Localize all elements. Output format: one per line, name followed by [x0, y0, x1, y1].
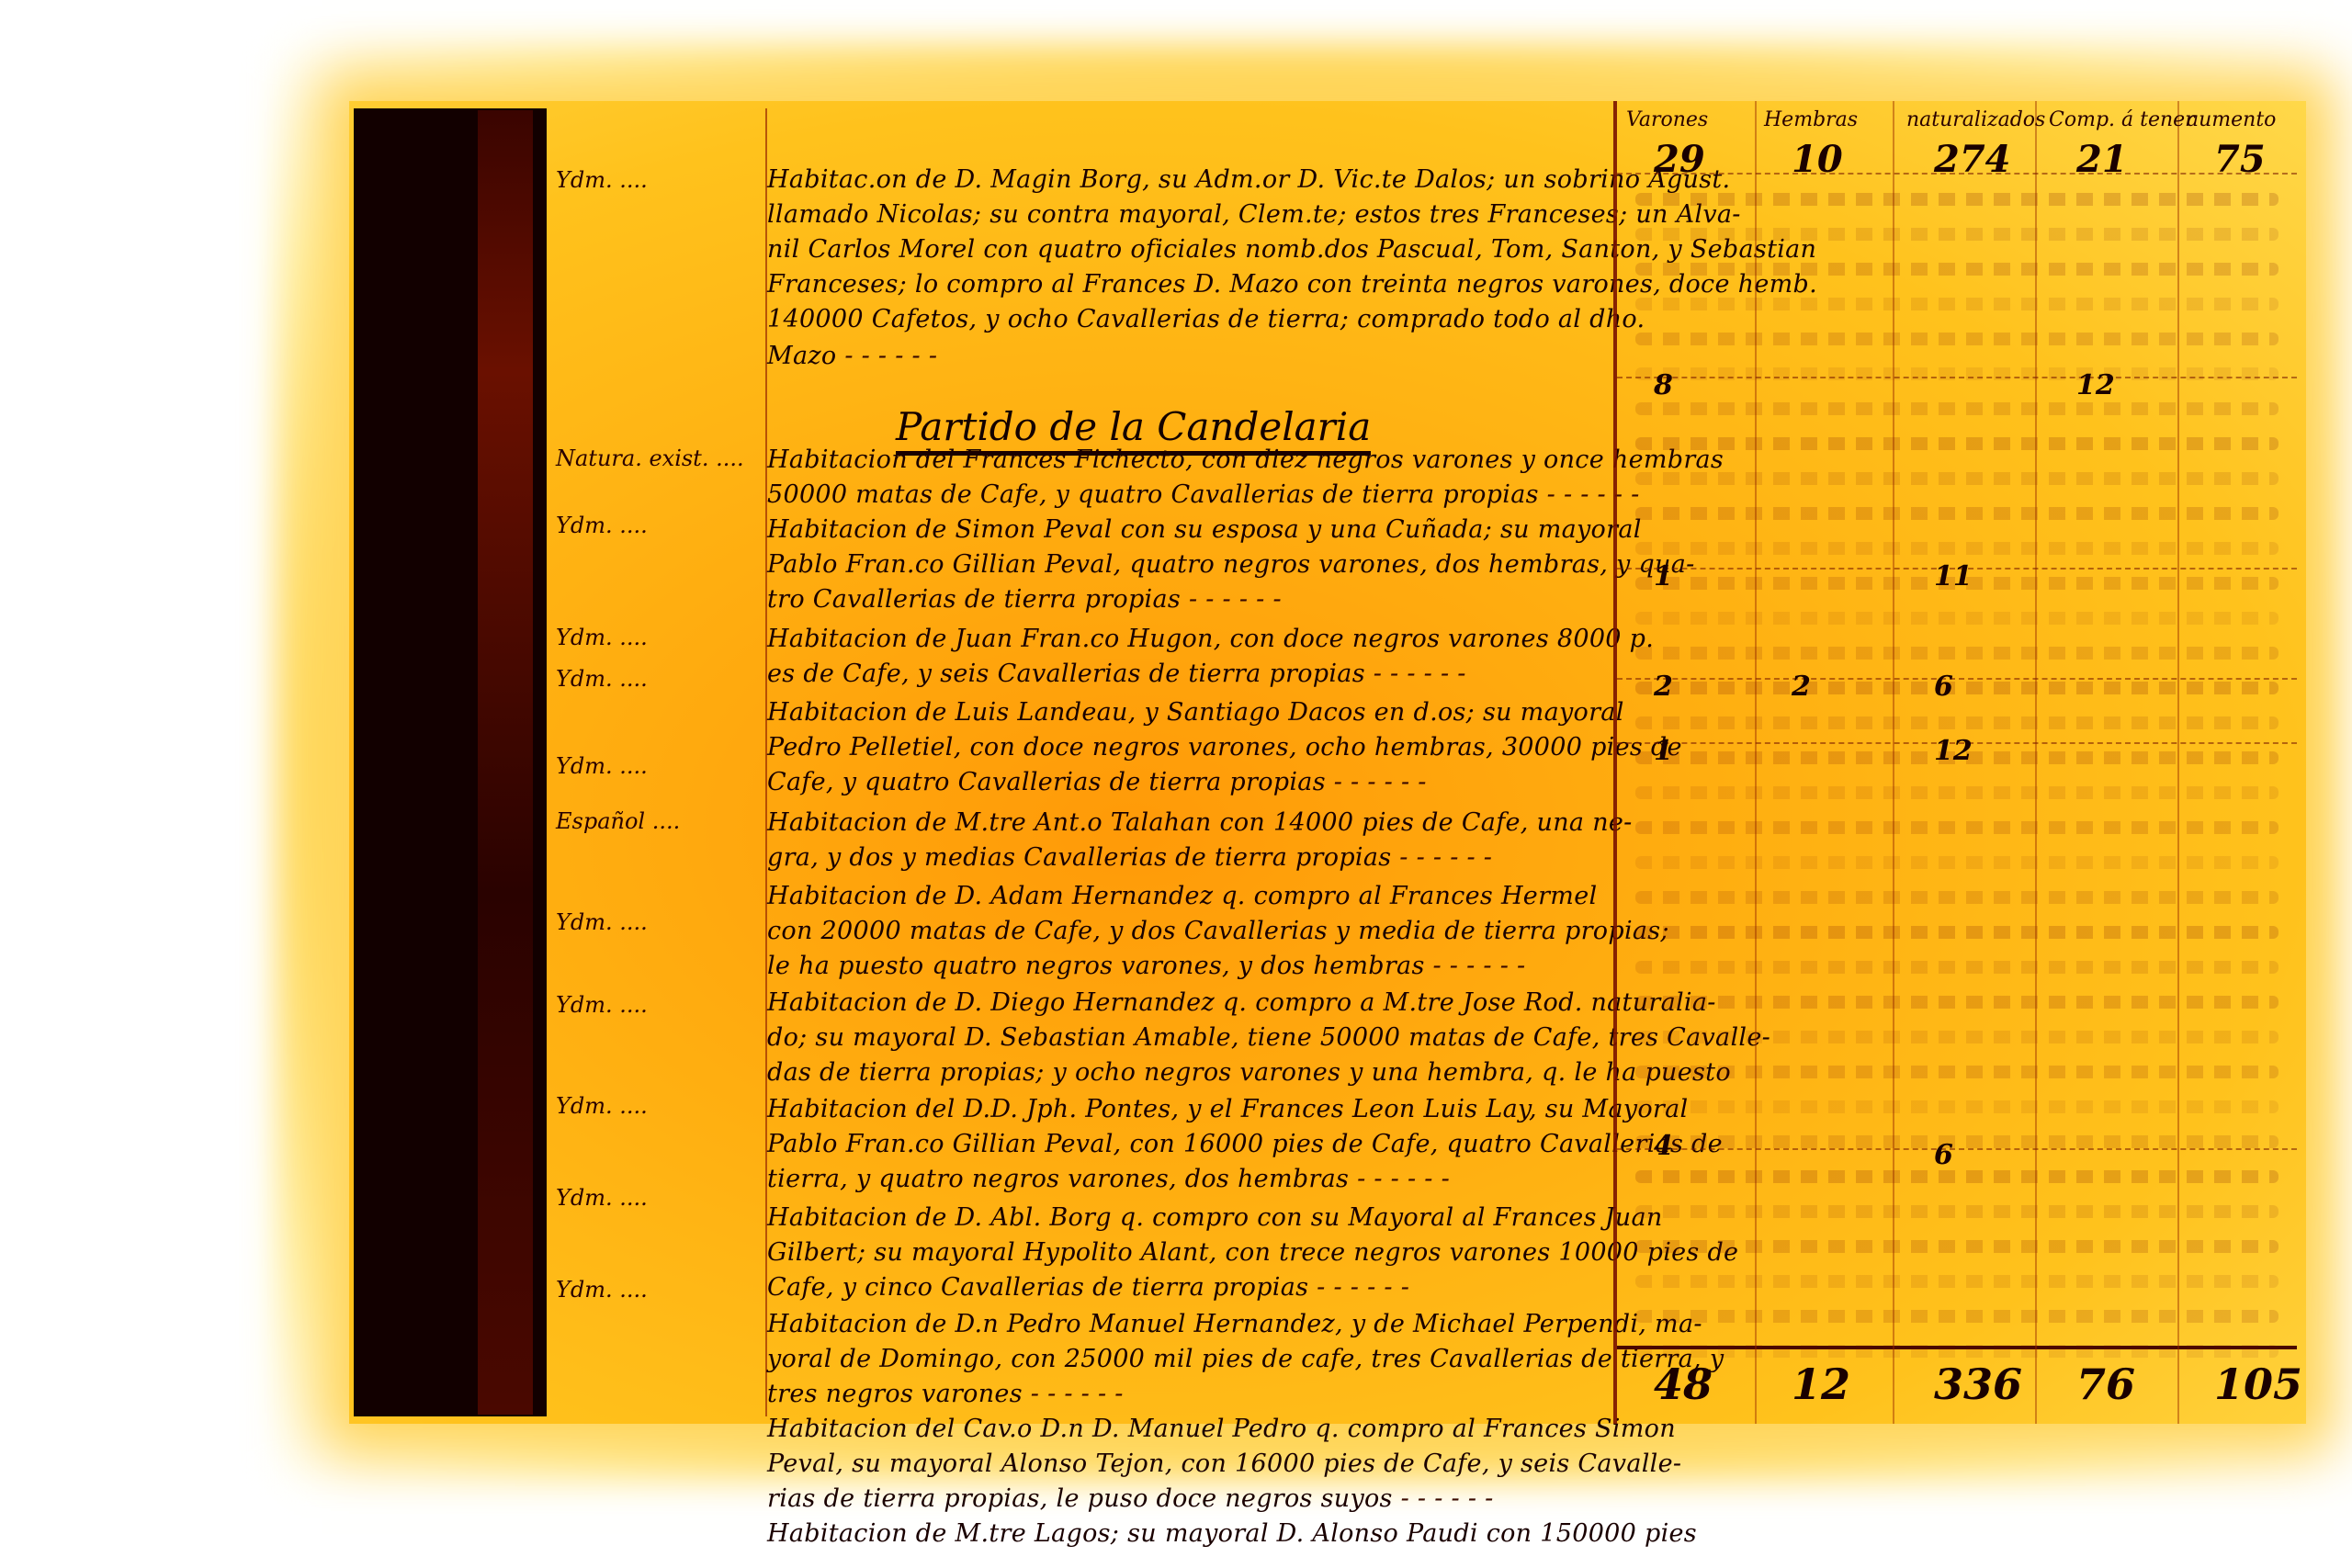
- margin-note: Ydm. ....: [556, 666, 648, 692]
- bleed-through-ink: [1635, 472, 2278, 485]
- ledger-entry-value: 2: [1654, 671, 1673, 703]
- entry-line: Habitac.on de D. Magin Borg, su Adm.or D…: [767, 165, 1730, 194]
- bleed-through-ink: [1635, 542, 2278, 555]
- bleed-through-ink: [1635, 716, 2278, 729]
- ledger-entry-value: 1: [1654, 560, 1673, 592]
- ledger-entry-value: 8: [1654, 369, 1673, 401]
- ledger-first-row-value: 21: [2076, 138, 2128, 181]
- bleed-through-ink: [1635, 298, 2278, 310]
- margin-note: Ydm. ....: [556, 909, 648, 935]
- ledger-entry-value: 6: [1934, 1139, 1953, 1171]
- margin-column: Ydm. ....Natura. exist. ....Ydm. ....Ydm…: [547, 129, 767, 1415]
- entry-line: 140000 Cafetos, y ocho Cavallerias de ti…: [767, 305, 1645, 333]
- ledger-first-row-value: 29: [1654, 138, 1705, 181]
- ledger-column-header: Comp. á tener: [2049, 108, 2195, 131]
- ledger-first-row-value: 274: [1934, 138, 2011, 181]
- margin-note: Ydm. ....: [556, 625, 648, 650]
- ledger-entry-value: 4: [1654, 1130, 1673, 1162]
- ledger-entry-value: 1: [1654, 735, 1673, 767]
- ledger-column-header: aumento: [2187, 108, 2276, 131]
- bleed-through-ink: [1635, 263, 2278, 276]
- entry-line: Habitacion de D. Abl. Borg q. compro con…: [767, 1203, 1663, 1232]
- ledger-column-header: Varones: [1626, 108, 1708, 131]
- bleed-through-ink: [1635, 612, 2278, 625]
- ledger-total-value: 48: [1654, 1359, 1713, 1409]
- ledger-first-row-value: 75: [2214, 138, 2266, 181]
- entry-line: Habitacion de Luis Landeau, y Santiago D…: [767, 698, 1624, 727]
- bleed-through-ink: [1635, 1100, 2278, 1113]
- ledger-first-row-value: 10: [1792, 138, 1843, 181]
- entry-line: tres negros varones: [767, 1380, 1124, 1408]
- entry-line: Cafe, y quatro Cavallerias de tierra pro…: [767, 768, 1427, 796]
- ledger-row-rule: [1617, 678, 2297, 680]
- entry-line: es de Cafe, y seis Cavallerias de tierra…: [767, 660, 1466, 688]
- ledger-entry-value: 11: [1934, 560, 1973, 592]
- ledger-column-header: Hembras: [1764, 108, 1858, 131]
- ledger-total-value: 12: [1792, 1359, 1850, 1409]
- entry-line: Habitacion de D. Adam Hernandez q. compr…: [767, 882, 1597, 910]
- margin-note: Ydm. ....: [556, 1277, 648, 1303]
- entry-line: Habitacion del Frances Fichecto, con die…: [767, 446, 1724, 474]
- bleed-through-ink: [1635, 437, 2278, 450]
- margin-note: Natura. exist. ....: [556, 446, 744, 471]
- entry-line: Peval, su mayoral Alonso Tejon, con 1600…: [767, 1450, 1681, 1478]
- ledger-table: VaronesHembrasnaturalizadosComp. á tener…: [1617, 101, 2306, 1424]
- bleed-through-ink: [1635, 1345, 2278, 1358]
- entry-line: Pedro Pelletiel, con doce negros varones…: [767, 733, 1682, 761]
- bleed-through-ink: [1635, 193, 2278, 206]
- margin-note: Ydm. ....: [556, 992, 648, 1018]
- bleed-through-ink: [1635, 926, 2278, 939]
- margin-note: Ydm. ....: [556, 1185, 648, 1211]
- bleed-through-ink: [1635, 1240, 2278, 1253]
- entry-line: Habitacion de D.n Pedro Manuel Hernandez…: [767, 1310, 1702, 1338]
- bleed-through-ink: [1635, 647, 2278, 660]
- ledger-entry-value: 6: [1934, 671, 1953, 703]
- ledger-entry-value: 12: [1934, 735, 1973, 767]
- entry-line: das de tierra propias; y ocho negros var…: [767, 1058, 1731, 1087]
- entry-line: Pablo Fran.co Gillian Peval, quatro negr…: [767, 550, 1695, 579]
- margin-note: Ydm. ....: [556, 167, 648, 193]
- bleed-through-ink: [1635, 1170, 2278, 1183]
- bleed-through-ink: [1635, 1310, 2278, 1323]
- ledger-total-value: 336: [1934, 1359, 2022, 1409]
- ledger-entry-value: 12: [2076, 369, 2115, 401]
- ledger-total-value: 76: [2076, 1359, 2135, 1409]
- entry-line: Habitacion de Simon Peval con su esposa …: [767, 515, 1642, 544]
- entry-line: Habitacion del D.D. Jph. Pontes, y el Fr…: [767, 1095, 1688, 1123]
- bleed-through-ink: [1635, 856, 2278, 869]
- ledger-total-value: 105: [2214, 1359, 2302, 1409]
- entry-line: Habitacion de Juan Fran.co Hugon, con do…: [767, 625, 1654, 653]
- bleed-through-ink: [1635, 1031, 2278, 1043]
- bleed-through-ink: [1635, 402, 2278, 415]
- bleed-through-ink: [1635, 996, 2278, 1009]
- margin-note: Ydm. ....: [556, 753, 648, 779]
- entry-line: Cafe, y cinco Cavallerias de tierra prop…: [767, 1273, 1409, 1302]
- entry-line: Habitacion de D. Diego Hernandez q. comp…: [767, 988, 1716, 1017]
- entry-line: Gilbert; su mayoral Hypolito Alant, con …: [767, 1238, 1738, 1267]
- bleed-through-ink: [1635, 1066, 2278, 1078]
- binding-spine-edge: [478, 110, 533, 1415]
- entry-line: Habitacion de M.tre Ant.o Talahan con 14…: [767, 808, 1633, 837]
- entry-line: Pablo Fran.co Gillian Peval, con 16000 p…: [767, 1130, 1723, 1158]
- entry-line: le ha puesto quatro negros varones, y do…: [767, 952, 1525, 980]
- entry-line: tierra, y quatro negros varones, dos hem…: [767, 1165, 1450, 1193]
- bleed-through-ink: [1635, 507, 2278, 520]
- entry-line: Habitacion del Cav.o D.n D. Manuel Pedro…: [767, 1415, 1676, 1443]
- bleed-through-ink: [1635, 821, 2278, 834]
- bleed-through-ink: [1635, 1275, 2278, 1288]
- ledger-entry-value: 2: [1792, 671, 1811, 703]
- entry-line: tro Cavallerias de tierra propias: [767, 585, 1282, 614]
- entry-line: Habitacion de M.tre Lagos; su mayoral D.…: [767, 1519, 1697, 1548]
- bleed-through-ink: [1635, 333, 2278, 345]
- entry-line: 50000 matas de Cafe, y quatro Cavalleria…: [767, 480, 1640, 509]
- entry-line: gra, y dos y medias Cavallerias de tierr…: [767, 843, 1492, 872]
- bleed-through-ink: [1635, 786, 2278, 799]
- margin-note: Ydm. ....: [556, 1093, 648, 1119]
- bleed-through-ink: [1635, 1205, 2278, 1218]
- bleed-through-ink: [1635, 1135, 2278, 1148]
- entry-line: Mazo: [767, 342, 937, 370]
- bleed-through-ink: [1635, 961, 2278, 974]
- bleed-through-ink: [1635, 682, 2278, 694]
- entry-line: con 20000 matas de Cafe, y dos Cavalleri…: [767, 917, 1669, 945]
- entry-line: llamado Nicolas; su contra mayoral, Clem…: [767, 200, 1741, 229]
- ledger-row-rule: [1617, 377, 2297, 378]
- margin-note: Ydm. ....: [556, 513, 648, 538]
- ledger-column-header: naturalizados: [1906, 108, 2045, 131]
- margin-note: Español ....: [556, 808, 680, 834]
- entry-line: rias de tierra propias, le puso doce neg…: [767, 1484, 1494, 1513]
- entry-line: yoral de Domingo, con 25000 mil pies de …: [767, 1345, 1724, 1373]
- ledger-row-rule: [1617, 1148, 2297, 1150]
- entries-column: Partido de la Candelaria Habitac.on de D…: [767, 129, 1612, 1415]
- bleed-through-ink: [1635, 891, 2278, 904]
- bleed-through-ink: [1635, 228, 2278, 241]
